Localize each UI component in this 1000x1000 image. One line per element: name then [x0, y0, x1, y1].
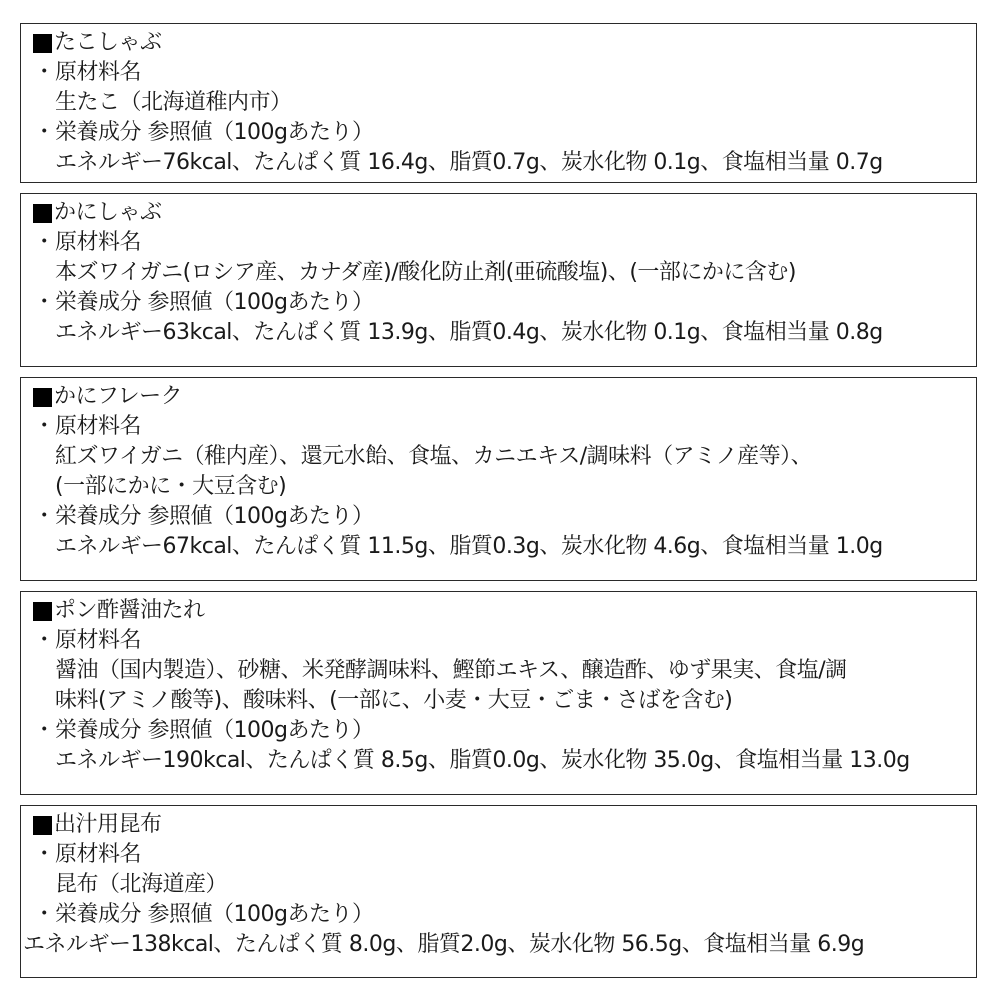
product-box-tako-shabu: たこしゃぶ ・原材料名 生たこ（北海道稚内市） ・栄養成分 参照値（100gあた… [20, 23, 977, 183]
product-title: 出汁用昆布 [33, 810, 976, 840]
nutrition-text: エネルギー63kcal、たんぱく質 13.9g、脂質0.4g、炭水化物 0.1g… [33, 318, 976, 348]
nutrition-text: エネルギー190kcal、たんぱく質 8.5g、脂質0.0g、炭水化物 35.0… [33, 746, 976, 776]
nutrition-text: エネルギー67kcal、たんぱく質 11.5g、脂質0.3g、炭水化物 4.6g… [33, 532, 976, 562]
ingredients-text: (一部にかに・大豆含む) [33, 472, 976, 502]
product-name: 出汁用昆布 [54, 810, 162, 840]
ingredients-text: 本ズワイガニ(ロシア産、カナダ産)/酸化防止剤(亜硫酸塩)、(一部にかに含む) [33, 258, 976, 288]
nutrition-heading: ・栄養成分 参照値（100gあたり） [33, 502, 976, 532]
bullet-icon: ・ [33, 840, 55, 870]
bullet-icon: ・ [33, 228, 55, 258]
product-box-ponzu-sauce: ポン酢醤油たれ ・原材料名 醤油（国内製造）、砂糖、米発酵調味料、鰹節エキス、醸… [20, 591, 977, 795]
ingredients-heading: ・原材料名 [33, 58, 976, 88]
nutrition-text: エネルギー76kcal、たんぱく質 16.4g、脂質0.7g、炭水化物 0.1g… [33, 148, 976, 178]
ingredients-text: 味料(アミノ酸等)、酸味料、(一部に、小麦・大豆・ごま・さばを含む) [33, 686, 976, 716]
nutrition-heading: ・栄養成分 参照値（100gあたり） [33, 288, 976, 318]
product-title: かにしゃぶ [33, 198, 976, 228]
bullet-icon: ・ [33, 502, 55, 532]
product-name: かにフレーク [54, 382, 182, 412]
product-name: たこしゃぶ [54, 28, 162, 58]
nutrition-heading: ・栄養成分 参照値（100gあたり） [33, 118, 976, 148]
bullet-icon: ・ [33, 626, 55, 656]
bullet-icon: ・ [33, 716, 55, 746]
ingredients-heading: ・原材料名 [33, 626, 976, 656]
product-box-kani-shabu: かにしゃぶ ・原材料名 本ズワイガニ(ロシア産、カナダ産)/酸化防止剤(亜硫酸塩… [20, 193, 977, 367]
ingredients-text: 紅ズワイガニ（稚内産）、還元水飴、食塩、カニエキス/調味料（アミノ産等）、 [33, 442, 976, 472]
bullet-icon: ・ [33, 58, 55, 88]
black-square-icon [33, 204, 52, 223]
product-title: ポン酢醤油たれ [33, 596, 976, 626]
ingredients-heading: ・原材料名 [33, 412, 976, 442]
bullet-icon: ・ [33, 288, 55, 318]
bullet-icon: ・ [33, 118, 55, 148]
nutrition-text: エネルギー138kcal、たんぱく質 8.0g、脂質2.0g、炭水化物 56.5… [23, 930, 976, 960]
ingredients-text: 醤油（国内製造）、砂糖、米発酵調味料、鰹節エキス、醸造酢、ゆず果実、食塩/調 [33, 656, 976, 686]
nutrition-heading: ・栄養成分 参照値（100gあたり） [33, 900, 976, 930]
black-square-icon [33, 816, 52, 835]
ingredients-text: 生たこ（北海道稚内市） [33, 88, 976, 118]
product-title: かにフレーク [33, 382, 976, 412]
product-name: かにしゃぶ [54, 198, 162, 228]
ingredients-text: 昆布（北海道産） [33, 870, 976, 900]
black-square-icon [33, 34, 52, 53]
bullet-icon: ・ [33, 900, 55, 930]
ingredients-heading: ・原材料名 [33, 840, 976, 870]
product-title: たこしゃぶ [33, 28, 976, 58]
product-box-dashi-kombu: 出汁用昆布 ・原材料名 昆布（北海道産） ・栄養成分 参照値（100gあたり） … [20, 805, 977, 978]
black-square-icon [33, 602, 52, 621]
ingredients-heading: ・原材料名 [33, 228, 976, 258]
product-name: ポン酢醤油たれ [54, 596, 205, 626]
bullet-icon: ・ [33, 412, 55, 442]
nutrition-heading: ・栄養成分 参照値（100gあたり） [33, 716, 976, 746]
black-square-icon [33, 388, 52, 407]
product-box-kani-flake: かにフレーク ・原材料名 紅ズワイガニ（稚内産）、還元水飴、食塩、カニエキス/調… [20, 377, 977, 581]
